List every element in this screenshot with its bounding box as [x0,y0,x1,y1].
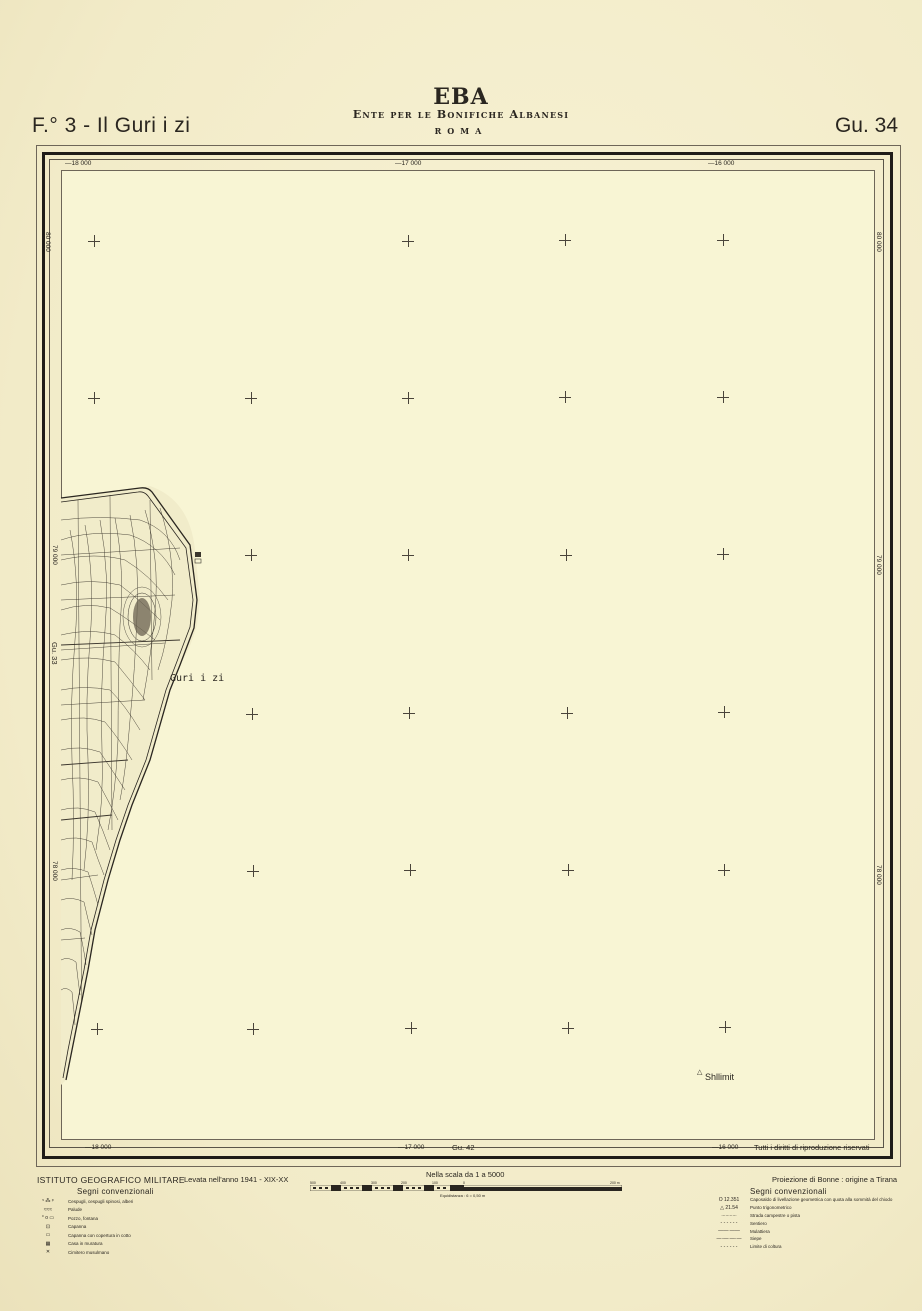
legend-right-title: Segni convenzionali [750,1187,827,1196]
legend-left: ᵛ ⁂ ᵖ Cespugli, cespugli spinosi, alberi… [28,1197,133,1257]
legend-label: Casa in muratura [68,1241,103,1246]
legend-item: ᵛ ⁂ ᵖ Cespugli, cespugli spinosi, alberi [28,1197,133,1206]
mule-track-icon: ——·—— [708,1228,750,1234]
equidistance-note: Equidistanza : 6 = 0,50 m [440,1193,485,1198]
legend-label: Palude [68,1207,82,1212]
legend-item: ▦ Casa in muratura [28,1240,133,1249]
tiled-hut-icon: ▭ [28,1232,68,1238]
map-sheet: F.° 3 - Il Guri i zi EBA Ente per le Bon… [0,0,922,1311]
legend-label: Capanna con copertura in cotto [68,1233,131,1238]
legend-item: ........... Strada campestre o pista [708,1212,892,1220]
legend-label: Caposaldo di livellazione geometrica con… [750,1197,892,1202]
legend-label: Capanna [68,1224,86,1229]
legend-item: —·—·—·— Siepe [708,1235,892,1243]
hut-icon: ⊡ [28,1224,68,1230]
legend-item: ▭ Capanna con copertura in cotto [28,1231,133,1240]
legend-label: Strada campestre o pista [750,1213,800,1218]
legend-item: O 12.351 Caposaldo di livellazione geome… [708,1196,892,1204]
legend-item: ——·—— Mulattiera [708,1227,892,1235]
masonry-house-icon: ▦ [28,1241,68,1247]
coastal-land-area [0,0,922,1311]
scale-bar [310,1185,622,1191]
survey-year: Levata nell'anno 1941 - XIX-XX [184,1175,288,1184]
trig-point-icon: △ [697,1068,702,1076]
legend-item: ⊡ Capanna [28,1223,133,1232]
legend-right: O 12.351 Caposaldo di livellazione geome… [708,1196,892,1251]
legend-item: - - - - - - Sentiero [708,1219,892,1227]
trig-point-legend-icon: △ 21.54 [708,1205,750,1211]
institute-name: ISTITUTO GEOGRAFICO MILITARE [37,1175,185,1185]
place-label-shllimit: Shllimit [705,1072,734,1082]
legend-left-title: Segni convenzionali [77,1187,154,1196]
legend-label: Pozzo, fontana [68,1216,98,1221]
legend-item: - - - - - - Limite di coltura [708,1243,892,1251]
hedge-icon: —·—·—·— [708,1236,750,1242]
legend-item: ≈≈≈ Palude [28,1206,133,1215]
legend-label: Limite di coltura [750,1244,782,1249]
legend-item: ° o ▭ Pozzo, fontana [28,1214,133,1223]
crop-boundary-icon: - - - - - - [708,1244,750,1250]
legend-label: Sentiero [750,1221,767,1226]
legend-label: Siepe [750,1236,762,1241]
well-fountain-icon: ° o ▭ [28,1215,68,1221]
legend-item: △ 21.54 Punto trigonometrico [708,1204,892,1212]
benchmark-icon: O 12.351 [708,1197,750,1203]
legend-label: Cimitero musulmano [68,1250,109,1255]
place-label-guri-i-zi: Guri i zi [170,673,224,684]
country-road-icon: ........... [708,1212,750,1218]
legend-item: ✕ Cimitero musulmano [28,1248,133,1257]
scale-text: Nella scala da 1 a 5000 [426,1170,504,1179]
legend-label: Mulattiera [750,1229,770,1234]
legend-label: Cespugli, cespugli spinosi, alberi [68,1199,133,1204]
path-icon: - - - - - - [708,1220,750,1226]
muslim-cemetery-icon: ✕ [28,1249,68,1255]
legend-label: Punto trigonometrico [750,1205,792,1210]
shrubs-trees-icon: ᵛ ⁂ ᵖ [28,1198,68,1204]
projection-note: Proiezione di Bonne : origine a Tirana [772,1175,897,1184]
marsh-icon: ≈≈≈ [28,1207,68,1213]
